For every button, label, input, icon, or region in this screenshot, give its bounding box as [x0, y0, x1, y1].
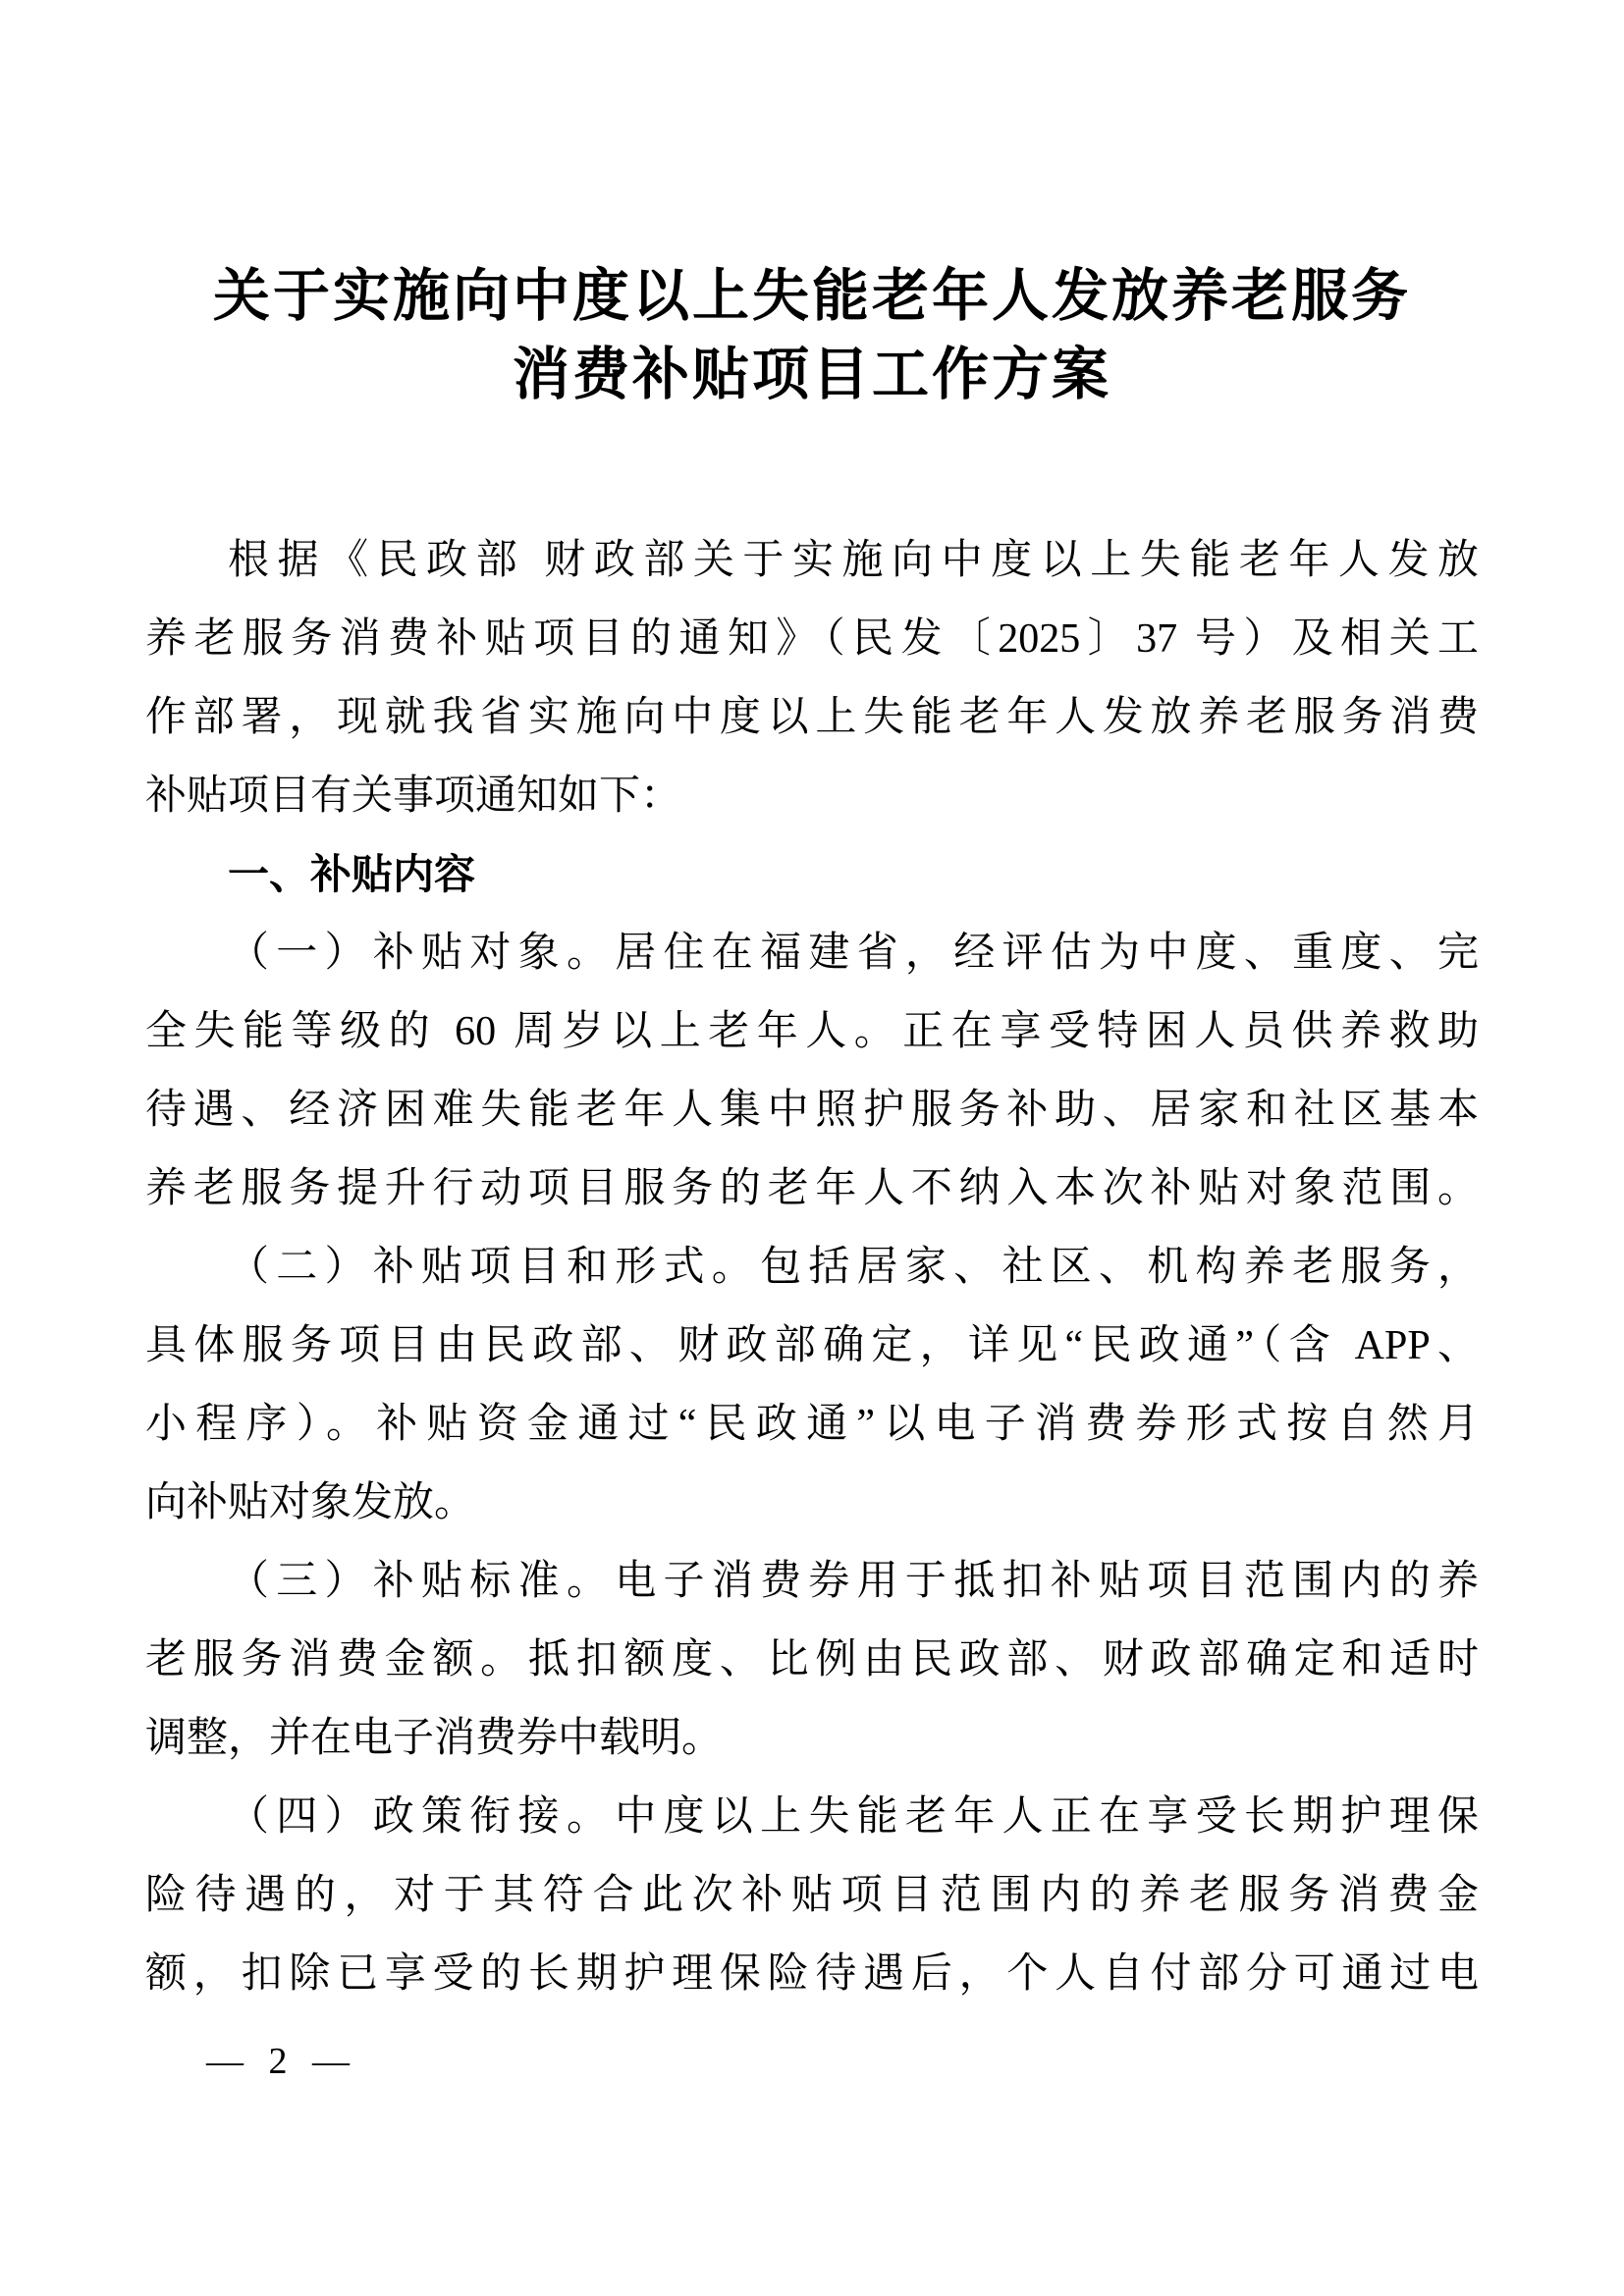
document-line: （二）补贴项目和形式。包括居家、社区、机构养老服务，: [145, 1228, 1479, 1307]
page-number: — 2 —: [206, 2040, 357, 2083]
document-line: 作部署，现就我省实施向中度以上失能老年人发放养老服务消费: [145, 678, 1479, 757]
document-line: 全失能等级的 60 周岁以上老年人。正在享受特困人员供养救助: [145, 992, 1479, 1071]
document-line: 调整，并在电子消费券中载明。: [145, 1699, 1479, 1778]
document-body: 根据《民政部 财政部关于实施向中度以上失能老年人发放 养老服务消费补贴项目的通知…: [145, 521, 1479, 2013]
document-title: 关于实施向中度以上失能老年人发放养老服务 消费补贴项目工作方案: [0, 257, 1624, 414]
document-line: 待遇、经济困难失能老年人集中照护服务补助、居家和社区基本: [145, 1071, 1479, 1149]
document-line: （一）补贴对象。居住在福建省，经评估为中度、重度、完: [145, 914, 1479, 992]
document-line: （四）政策衔接。中度以上失能老年人正在享受长期护理保: [145, 1778, 1479, 1856]
document-page: 关于实施向中度以上失能老年人发放养老服务 消费补贴项目工作方案 根据《民政部 财…: [0, 0, 1624, 2296]
document-line: 养老服务提升行动项目服务的老年人不纳入本次补贴对象范围。: [145, 1149, 1479, 1228]
document-line: 额，扣除已享受的长期护理保险待遇后，个人自付部分可通过电: [145, 1935, 1479, 2013]
document-line: 险待遇的，对于其符合此次补贴项目范围内的养老服务消费金: [145, 1856, 1479, 1935]
document-line: 补贴项目有关事项通知如下：: [145, 757, 1479, 835]
section-heading: 一、补贴内容: [145, 835, 1479, 914]
document-title-line-1: 关于实施向中度以上失能老年人发放养老服务: [0, 257, 1624, 336]
document-line: 具体服务项目由民政部、财政部确定，详见“民政通”（含 APP、: [145, 1307, 1479, 1385]
document-line: （三）补贴标准。电子消费券用于抵扣补贴项目范围内的养: [145, 1542, 1479, 1621]
document-line: 养老服务消费补贴项目的通知》（民发〔2025〕37 号）及相关工: [145, 600, 1479, 678]
document-title-line-2: 消费补贴项目工作方案: [0, 336, 1624, 414]
document-line: 小程序）。补贴资金通过“民政通”以电子消费券形式按自然月: [145, 1385, 1479, 1464]
document-line: 老服务消费金额。抵扣额度、比例由民政部、财政部确定和适时: [145, 1621, 1479, 1699]
document-line: 向补贴对象发放。: [145, 1464, 1479, 1542]
document-line: 根据《民政部 财政部关于实施向中度以上失能老年人发放: [145, 521, 1479, 600]
